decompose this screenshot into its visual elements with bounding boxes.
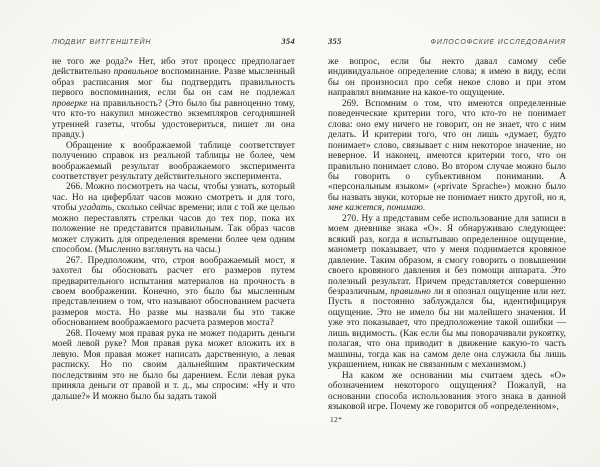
- paragraph: 267. Предположим, что, строя воображаемы…: [52, 256, 295, 329]
- body-text: 269. Вспомним о том, что имеются определ…: [328, 99, 566, 203]
- page-body-left: не того же рода?» Нет, ибо этот процесс …: [52, 57, 295, 402]
- paragraph: Обращение к воображаемой таблице соответ…: [52, 141, 295, 183]
- paragraph: На каком же основании мы считаем здесь «…: [328, 371, 566, 413]
- body-text: ли я опознал ощущение или нет. Пусть я п…: [328, 287, 566, 370]
- paragraph: же вопрос, если бы некто давал самому се…: [328, 57, 566, 99]
- body-text: на правильность? (Это было бы равноценно…: [52, 99, 295, 140]
- book-spread: ЛЮДВИГ ВИТГЕНШТЕЙН 354 не того же рода?»…: [0, 0, 600, 467]
- emphasized-text: угадать: [79, 203, 112, 213]
- page-number-left: 354: [281, 36, 295, 46]
- body-text: На каком же основании мы считаем здесь «…: [328, 371, 566, 412]
- body-text: .: [423, 203, 425, 213]
- emphasized-text: правильное: [114, 67, 159, 77]
- body-text: 268. Почему моя правая рука не может под…: [52, 329, 295, 402]
- body-text: же вопрос, если бы некто давал самому се…: [328, 57, 566, 98]
- emphasized-text: мне кажется, понимаю: [328, 203, 423, 213]
- running-header-right: 355 ФИЛОСОФСКИЕ ИССЛЕДОВАНИЯ: [328, 36, 566, 48]
- paragraph: 269. Вспомним о том, что имеются определ…: [328, 99, 566, 214]
- emphasized-text: правильно: [390, 287, 431, 297]
- header-title-right: ФИЛОСОФСКИЕ ИССЛЕДОВАНИЯ: [431, 39, 566, 46]
- paragraph: 270. Ну а представим себе использование …: [328, 214, 566, 371]
- emphasized-text: проверке: [52, 99, 87, 109]
- paragraph: 268. Почему моя правая рука не может под…: [52, 329, 295, 402]
- paragraph: не того же рода?» Нет, ибо этот процесс …: [52, 57, 295, 141]
- body-text: 270. Ну а представим себе использование …: [328, 214, 566, 297]
- page-left: ЛЮДВИГ ВИТГЕНШТЕЙН 354 не того же рода?»…: [52, 36, 295, 402]
- paragraph: 266. Можно посмотреть на часы, чтобы узн…: [52, 182, 295, 255]
- page-right: 355 ФИЛОСОФСКИЕ ИССЛЕДОВАНИЯ же вопрос, …: [328, 36, 566, 412]
- body-text: 267. Предположим, что, строя воображаемы…: [52, 256, 295, 329]
- body-text: Обращение к воображаемой таблице соответ…: [52, 141, 295, 182]
- signature-mark: 12*: [330, 415, 342, 424]
- page-number-right: 355: [328, 36, 342, 46]
- header-title-left: ЛЮДВИГ ВИТГЕНШТЕЙН: [52, 39, 151, 46]
- running-header-left: ЛЮДВИГ ВИТГЕНШТЕЙН 354: [52, 36, 295, 48]
- page-body-right: же вопрос, если бы некто давал самому се…: [328, 57, 566, 412]
